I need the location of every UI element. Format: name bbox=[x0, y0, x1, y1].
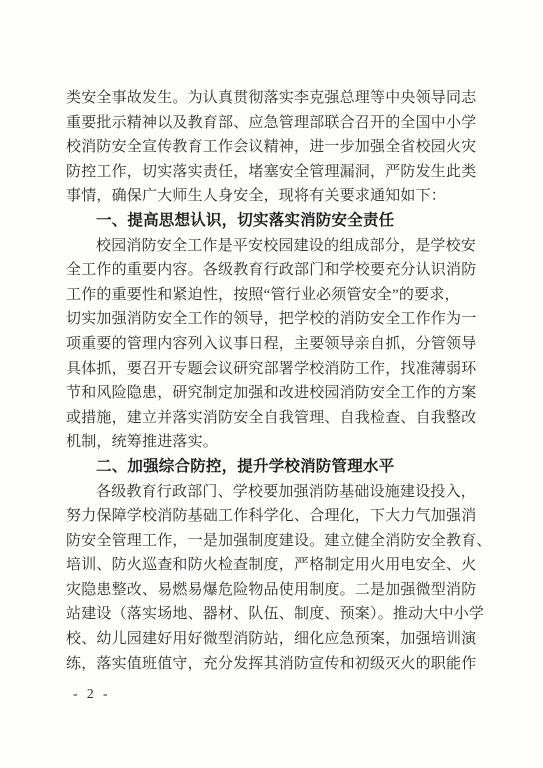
paragraph2-line: 具体抓，要召开专题会议研究部署学校消防工作，找准薄弱环 bbox=[66, 357, 476, 382]
paragraph3-line: 努力保障学校消防基础工作科学化、合理化，下大力气加强消 bbox=[66, 504, 476, 529]
paragraph3-line: 站建设（落实场地、器材、队伍、制度、预案）。推动大中小学 bbox=[66, 602, 476, 627]
document-page: 类安全事故发生。为认真贯彻落实李克强总理等中央领导同志 重要批示精神以及教育部、… bbox=[0, 0, 543, 768]
paragraph3-line: 校、幼儿园建好用好微型消防站，细化应急预案，加强培训演 bbox=[66, 627, 476, 652]
paragraph1-line: 事情，确保广大师生人身安全，现将有关要求通知如下： bbox=[66, 184, 476, 209]
document-body: 类安全事故发生。为认真贯彻落实李克强总理等中央领导同志 重要批示精神以及教育部、… bbox=[66, 86, 476, 676]
paragraph2-line: 工作的重要性和紧迫性，按照“管行业必须管安全”的要求， bbox=[66, 283, 476, 308]
page-number: - 2 - bbox=[73, 686, 111, 702]
paragraph1-line: 类安全事故发生。为认真贯彻落实李克强总理等中央领导同志 bbox=[66, 86, 476, 111]
paragraph1-line: 重要批示精神以及教育部、应急管理部联合召开的全国中小学 bbox=[66, 111, 476, 136]
paragraph2-line: 项重要的管理内容列入议事日程，主要领导亲自抓，分管领导 bbox=[66, 332, 476, 357]
paragraph3-line: 各级教育行政部门、学校要加强消防基础设施建设投入， bbox=[66, 480, 476, 505]
paragraph3-line: 防安全管理工作，一是加强制度建设。建立健全消防安全教育、 bbox=[66, 529, 476, 554]
paragraph2-line: 节和风险隐患，研究制定加强和改进校园消防安全工作的方案 bbox=[66, 381, 476, 406]
paragraph2-line: 校园消防安全工作是平安校园建设的组成部分，是学校安 bbox=[66, 234, 476, 259]
paragraph2-line: 全工作的重要内容。各级教育行政部门和学校要充分认识消防 bbox=[66, 258, 476, 283]
paragraph2-line: 机制，统筹推进落实。 bbox=[66, 430, 476, 455]
paragraph2-line: 切实加强消防安全工作的领导，把学校的消防安全工作作为一 bbox=[66, 307, 476, 332]
paragraph3-line: 灾隐患整改、易燃易爆危险物品使用制度。二是加强微型消防 bbox=[66, 578, 476, 603]
paragraph1-line: 校消防安全宣传教育工作会议精神，进一步加强全省校园火灾 bbox=[66, 135, 476, 160]
paragraph1-line: 防控工作，切实落实责任，堵塞安全管理漏洞，严防发生此类 bbox=[66, 160, 476, 185]
paragraph2-line: 或措施，建立并落实消防安全自我管理、自我检查、自我整改 bbox=[66, 406, 476, 431]
section1-heading: 一、提高思想认识，切实落实消防安全责任 bbox=[66, 209, 476, 234]
section2-heading: 二、加强综合防控，提升学校消防管理水平 bbox=[66, 455, 476, 480]
paragraph3-line: 培训、防火巡查和防火检查制度，严格制定用火用电安全、火 bbox=[66, 553, 476, 578]
paragraph3-line: 练，落实值班值守，充分发挥其消防宣传和初级灭火的职能作 bbox=[66, 652, 476, 677]
